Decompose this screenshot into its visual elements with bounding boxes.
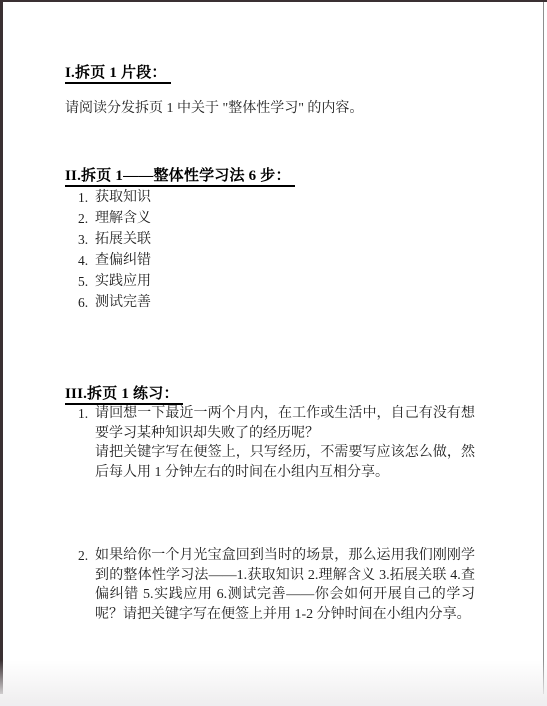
list-item-text: 获取知识: [95, 187, 151, 208]
section1-paragraph: 请阅读分发拆页 1 中关于 "整体性学习" 的内容。: [65, 99, 467, 119]
list-item-text: 理解含义: [95, 208, 151, 229]
list-item: 2. 如果给你一个月光宝盒回到当时的场景，那么运用我们刚刚学到的整体性学习法——…: [0, 546, 547, 624]
list-item-number: 3.: [78, 229, 95, 250]
list-item: 4. 查偏纠错: [0, 250, 547, 271]
list-item-number: 2.: [78, 208, 95, 229]
list-item-number: 4.: [78, 250, 95, 271]
list-item: 5. 实践应用: [0, 271, 547, 292]
list-item: 2. 理解含义: [0, 208, 547, 229]
page-bottom-fade: [0, 660, 547, 706]
steps-list: 1. 获取知识 2. 理解含义 3. 拓展关联 4. 查偏纠错 5. 实践应用 …: [0, 187, 547, 313]
list-item-number: 2.: [78, 546, 95, 624]
list-item-text: 拓展关联: [95, 229, 151, 250]
list-item-number: 5.: [78, 271, 95, 292]
list-item: 3. 拓展关联: [0, 229, 547, 250]
list-item-text: 实践应用: [95, 271, 151, 292]
document-content: I.拆页 1 片段： 请阅读分发拆页 1 中关于 "整体性学习" 的内容。 II…: [0, 0, 547, 624]
section1-heading: I.拆页 1 片段：: [65, 64, 547, 82]
list-item: 1. 获取知识: [0, 187, 547, 208]
section1-heading-text: I.拆页 1 片段：: [65, 65, 171, 84]
list-item-text: 如果给你一个月光宝盒回到当时的场景，那么运用我们刚刚学到的整体性学习法——1.获…: [95, 546, 475, 624]
list-item-number: 6.: [78, 292, 95, 313]
list-item-number: 1.: [78, 187, 95, 208]
section3-heading: III.拆页 1 练习：: [65, 385, 547, 403]
section2-heading: II.拆页 1——整体性学习法 6 步：: [65, 167, 547, 185]
list-item-number: 1.: [78, 404, 95, 482]
section3-heading-text: III.拆页 1 练习：: [65, 386, 183, 405]
list-item: 1. 请回想一下最近一两个月内，在工作或生活中，自己有没有想要学习某种知识却失败…: [0, 404, 547, 482]
document-page: I.拆页 1 片段： 请阅读分发拆页 1 中关于 "整体性学习" 的内容。 II…: [0, 0, 547, 706]
list-item-text: 请回想一下最近一两个月内，在工作或生活中，自己有没有想要学习某种知识却失败了的经…: [95, 404, 475, 482]
list-item-text: 测试完善: [95, 292, 151, 313]
list-item-text: 查偏纠错: [95, 250, 151, 271]
section2-heading-text: II.拆页 1——整体性学习法 6 步：: [65, 168, 295, 187]
exercise-list: 1. 请回想一下最近一两个月内，在工作或生活中，自己有没有想要学习某种知识却失败…: [0, 404, 547, 624]
list-item: 6. 测试完善: [0, 292, 547, 313]
